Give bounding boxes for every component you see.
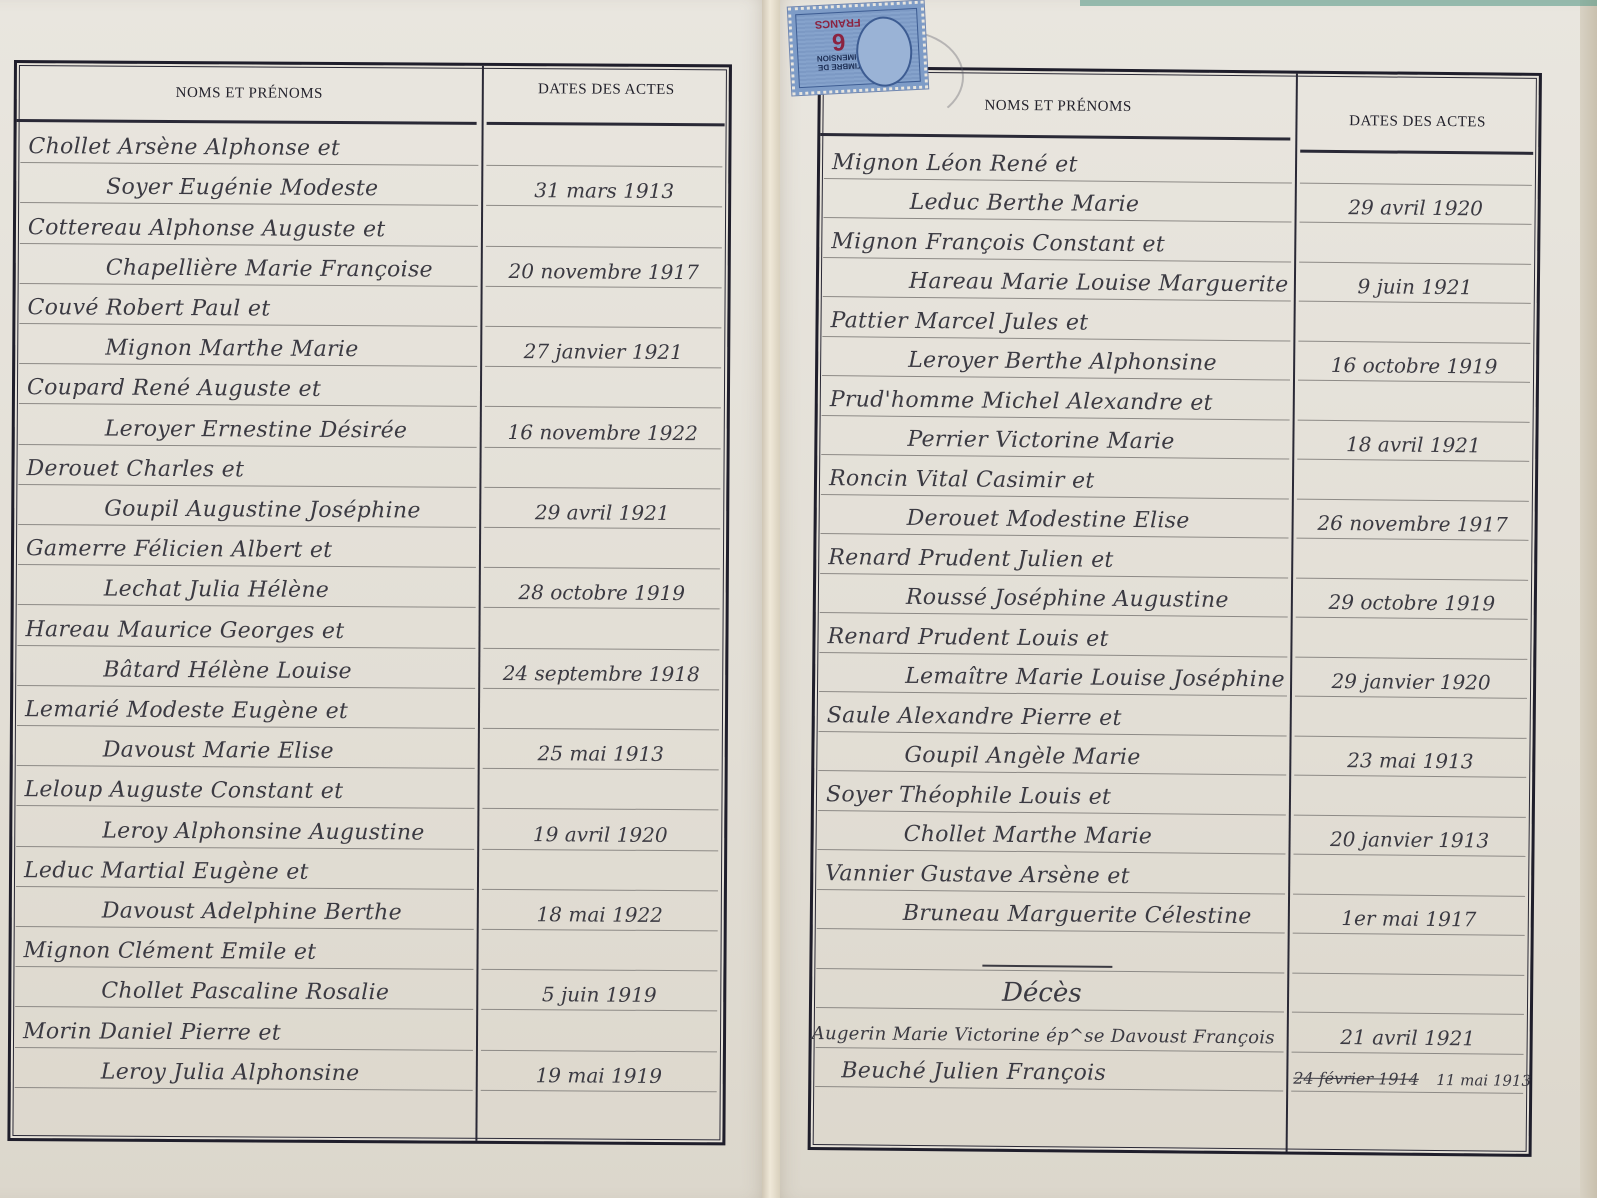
table-row: Mignon Léon René et [820,139,1538,185]
entry-name: Chollet Pascaline Rosalie [101,979,389,1006]
table-row: Leroyer Berthe Alphonsine16 octobre 1919 [818,337,1536,383]
stamp-seal-icon [854,15,914,88]
entry-name: Renard Prudent Louis et [827,624,1108,652]
table-row: Derouet Charles et [14,445,726,490]
page-edge [1580,0,1597,1198]
entry-date: 29 avril 1921 [484,500,720,525]
entry-date: 28 octobre 1919 [484,580,720,605]
entry-name: Goupil Angèle Marie [904,743,1140,770]
table-row: Hareau Marie Louise Marguerite9 juin 192… [819,258,1537,304]
entry-name: Leduc Berthe Marie [910,190,1140,217]
book-spine [762,0,780,1198]
entry-date: 25 mai 1913 [483,741,719,766]
entry-name: Gamerre Félicien Albert et [26,536,333,563]
entry-name: Mignon Léon René et [832,150,1078,177]
table-row: Lechat Julia Hélène28 octobre 1919 [14,565,726,610]
entry-name: Morin Daniel Pierre et [23,1019,281,1046]
table-row: Bruneau Marguerite Célestine1er mai 1917 [813,889,1531,935]
entry-date: 31 mars 1913 [486,178,722,203]
table-row: Roncin Vital Casimir et [817,455,1535,501]
table-row: Prud'homme Michel Alexandre et [818,376,1536,422]
table-row: Leduc Berthe Marie29 avril 1920 [820,179,1538,225]
entry-name: Vannier Gustave Arsène et [825,861,1130,889]
table-row: Mignon Clément Emile et [11,927,723,972]
table-row: Renard Prudent Julien et [816,534,1534,580]
row-rule [481,1090,717,1092]
entry-name: Bâtard Hélène Louise [103,657,352,684]
entry-date: 29 octobre 1919 [1296,590,1528,616]
entry-date: 19 mai 1919 [481,1063,717,1088]
entry-date: 23 mai 1913 [1294,748,1526,774]
entry-name: Lemaître Marie Louise Joséphine [905,664,1285,693]
table-row: Leduc Martial Eugène et [12,847,724,892]
table-row: Davoust Adelphine Berthe18 mai 1922 [12,887,724,932]
entry-name: Bruneau Marguerite Célestine [903,901,1252,929]
entry-date: 24 septembre 1918 [483,661,719,686]
row-rule [815,1086,1283,1091]
table-row: Leroy Julia Alphonsine19 mai 1919 [11,1048,723,1093]
table-row: Goupil Angèle Marie23 mai 1913 [814,731,1532,777]
entry-name: Leroy Alphonsine Augustine [102,818,425,845]
entry-date: 16 novembre 1922 [485,419,721,444]
entry-name: Leroyer Berthe Alphonsine [908,348,1217,376]
table-row: Cottereau Alphonse Auguste et [16,203,728,248]
entry-name: Leduc Martial Eugène et [24,858,309,885]
table-header: NOMS ET PRÉNOMS DATES DES ACTES [17,63,729,127]
left-register-table: NOMS ET PRÉNOMS DATES DES ACTES Chollet … [7,60,732,1145]
table-row: Morin Daniel Pierre et [11,1007,723,1052]
section-divider [982,964,1112,967]
table-row: Coupard René Auguste et [15,364,727,409]
header-dates: DATES DES ACTES [1297,92,1538,152]
entry-date: 1er mai 1917 [1293,906,1525,932]
entry-name: Roussé Joséphine Augustine [906,585,1229,613]
entry-name: Chollet Arsène Alphonse et [28,134,340,161]
table-row: Derouet Modestine Elise26 novembre 1917 [817,495,1535,541]
entry-date: 19 avril 1920 [482,821,718,846]
table-row: Hareau Maurice Georges et [13,605,725,650]
entry-name: Mignon Clément Emile et [23,938,316,965]
table-row: Saule Alexandre Pierre et [815,692,1533,738]
entry-name: Davoust Marie Elise [103,738,334,764]
table-row: Chollet Pascaline Rosalie5 juin 1919 [11,967,723,1012]
header-names: NOMS ET PRÉNOMS [17,63,482,124]
entry-date: 20 novembre 1917 [486,259,722,284]
entry-name: Roncin Vital Casimir et [829,466,1095,494]
entry-name: Hareau Maurice Georges et [25,617,344,644]
entry-name: Derouet Charles et [26,456,244,482]
entry-name: Davoust Adelphine Berthe [102,899,402,926]
entry-date: 29 janvier 1920 [1295,669,1527,695]
table-row: Leroyer Ernestine Désirée16 novembre 192… [15,404,727,449]
background-edge [1080,0,1597,6]
entry-name: Leroyer Ernestine Désirée [105,416,408,443]
fiscal-stamp: TIMBRE DE DIMENSION 6 FRANCS [788,1,928,96]
entry-date: 16 octobre 1919 [1298,353,1530,379]
entry-name: Lechat Julia Hélène [104,577,330,603]
entry-date: 18 avril 1921 [1297,432,1529,458]
deces-section-title: Décès [1002,978,1082,1009]
entry-name: Chollet Marthe Marie [904,822,1153,849]
entry-name: Renard Prudent Julien et [828,545,1114,573]
struck-date: 24 février 1914 [1293,1069,1433,1089]
entry-name: Goupil Augustine Joséphine [104,497,421,524]
entry-name: Pattier Marcel Jules et [830,308,1088,335]
table-row: Renard Prudent Louis et [815,613,1533,659]
table-row: Lemarié Modeste Eugène et [13,686,725,731]
table-row: Chapellière Marie Françoise20 novembre 1… [16,244,728,289]
table-row: Leroy Alphonsine Augustine19 avril 1920 [12,806,724,851]
entry-name: Derouet Modestine Elise [907,506,1190,534]
deces-entry-date: 11 mai 1913 [1436,1071,1526,1090]
table-row: Roussé Joséphine Augustine29 octobre 191… [816,574,1534,620]
table-row: Goupil Augustine Joséphine29 avril 1921 [14,485,726,530]
table-row: Gamerre Félicien Albert et [14,525,726,570]
entry-name: Mignon Marthe Marie [105,336,358,363]
table-row: Lemaître Marie Louise Joséphine29 janvie… [815,653,1533,699]
table-row: Vannier Gustave Arsène et [813,850,1531,896]
entry-name: Hareau Marie Louise Marguerite [909,269,1289,298]
table-row: Pattier Marcel Jules et [818,297,1536,343]
entry-date: 18 mai 1922 [482,902,718,927]
deces-entry-name: Augerin Marie Victorine ép^se Davoust Fr… [812,1022,1275,1047]
entry-name: Mignon François Constant et [831,229,1165,257]
table-row: Augerin Marie Victorine ép^se Davoust Fr… [812,1008,1530,1054]
table-row: Couvé Robert Paul et [15,284,727,329]
entry-name: Soyer Théophile Louis et [826,782,1111,810]
table-row: Beuché Julien François24 février 191411 … [811,1047,1529,1093]
table-row: Mignon Marthe Marie27 janvier 1921 [15,324,727,369]
entry-date: 5 juin 1919 [481,982,717,1007]
table-row: Perrier Victorine Marie18 avril 1921 [817,416,1535,462]
entry-name: Cottereau Alphonse Auguste et [28,215,386,242]
table-row: Soyer Eugénie Modeste31 mars 1913 [16,163,728,208]
entry-name: Perrier Victorine Marie [907,427,1174,455]
entry-date: 9 juin 1921 [1299,274,1531,300]
entry-name: Prud'homme Michel Alexandre et [830,387,1213,416]
entry-date: 27 janvier 1921 [485,339,721,364]
row-rule [15,1087,473,1091]
right-register-table: NOMS ET PRÉNOMS DATES DES ACTES Mignon L… [808,66,1542,1157]
deces-entry-date: 21 avril 1921 [1292,1024,1524,1050]
entry-name: Coupard René Auguste et [27,375,321,402]
entry-date: 20 janvier 1913 [1293,827,1525,853]
table-row: Davoust Marie Elise25 mai 1913 [13,726,725,771]
table-row: Mignon François Constant et [819,218,1537,264]
table-row: Décès [812,968,1530,1014]
entry-date: 29 avril 1920 [1300,195,1532,221]
table-row [812,929,1530,975]
entry-name: Saule Alexandre Pierre et [827,703,1122,731]
table-row: Bâtard Hélène Louise24 septembre 1918 [13,646,725,691]
entry-name: Lemarié Modeste Eugène et [25,697,348,724]
table-row: Soyer Théophile Louis et [814,771,1532,817]
entry-name: Couvé Robert Paul et [27,295,270,321]
entry-date: 26 novembre 1917 [1297,511,1529,537]
header-dates: DATES DES ACTES [484,60,729,119]
entry-name: Soyer Eugénie Modeste [106,175,378,202]
entry-name: Leloup Auguste Constant et [24,777,343,804]
table-row: Chollet Marthe Marie20 janvier 1913 [813,810,1531,856]
table-row: Chollet Arsène Alphonse et [16,123,728,168]
table-row: Leloup Auguste Constant et [12,766,724,811]
entry-name: Leroy Julia Alphonsine [101,1059,360,1086]
row-rule [1291,1091,1523,1094]
deces-entry-name: Beuché Julien François [841,1058,1106,1086]
entry-name: Chapellière Marie Françoise [106,255,433,282]
